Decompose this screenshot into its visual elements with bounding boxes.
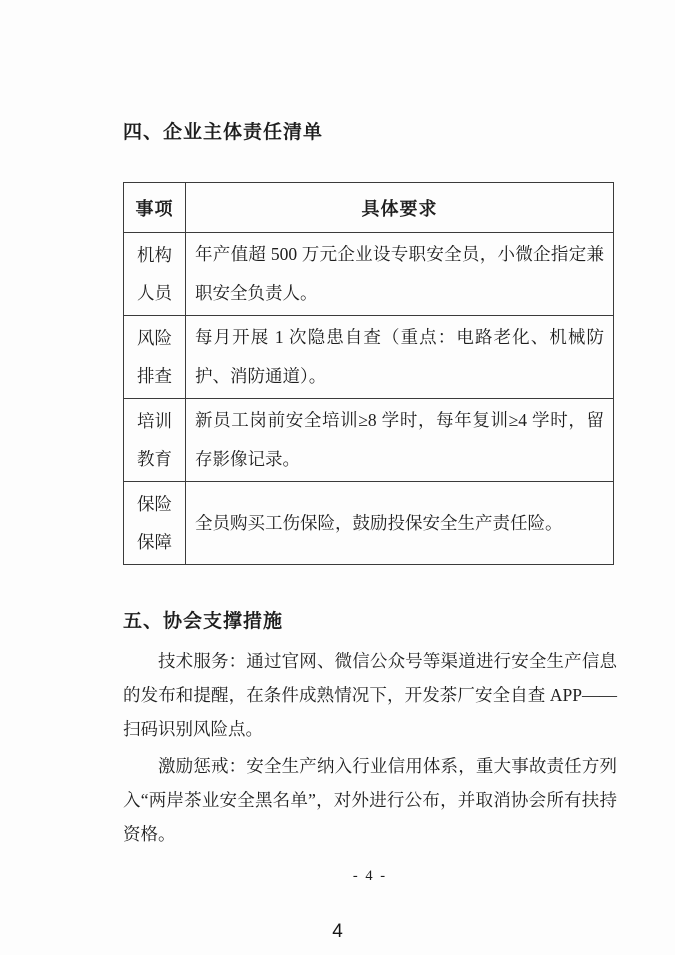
row-item-line: 人员: [124, 274, 185, 312]
viewer-page-number: 4: [0, 921, 675, 943]
row-item-label: 机构 人员: [124, 233, 186, 316]
table-header-item: 事项: [124, 183, 186, 233]
paragraph-technical-services: 技术服务：通过官网、微信公众号等渠道进行安全生产信息的发布和提醒，在条件成熟情况…: [123, 644, 617, 746]
table-header-row: 事项 具体要求: [124, 183, 614, 233]
row-item-label: 培训 教育: [124, 399, 186, 482]
document-content: 四、企业主体责任清单 事项 具体要求 机构 人员 年产值超 500 万元企业: [123, 122, 617, 851]
table-row: 机构 人员 年产值超 500 万元企业设专职安全员，小微企指定兼职安全负责人。: [124, 233, 614, 316]
row-item-label: 风险 排查: [124, 316, 186, 399]
document-page-number: - 4 -: [123, 868, 617, 885]
table-row: 风险 排查 每月开展 1 次隐患自查（重点：电路老化、机械防护、消防通道）。: [124, 316, 614, 399]
row-requirement: 全员购买工伤保险，鼓励投保安全生产责任险。: [186, 482, 614, 565]
row-item-line: 教育: [124, 440, 185, 478]
row-item-line: 风险: [124, 319, 185, 357]
document-page: 四、企业主体责任清单 事项 具体要求 机构 人员 年产值超 500 万元企业: [0, 0, 675, 955]
section4-heading: 四、企业主体责任清单: [123, 122, 617, 144]
row-item-line: 机构: [124, 236, 185, 274]
table-header-requirement: 具体要求: [186, 183, 614, 233]
paragraph-incentives-discipline: 激励惩戒：安全生产纳入行业信用体系，重大事故责任方列入“两岸茶业安全黑名单”，对…: [123, 749, 617, 851]
row-requirement: 每月开展 1 次隐患自查（重点：电路老化、机械防护、消防通道）。: [186, 316, 614, 399]
section5-heading: 五、协会支撑措施: [123, 611, 617, 633]
row-requirement: 年产值超 500 万元企业设专职安全员，小微企指定兼职安全负责人。: [186, 233, 614, 316]
row-requirement: 新员工岗前安全培训≥8 学时，每年复训≥4 学时，留存影像记录。: [186, 399, 614, 482]
row-item-label: 保险 保障: [124, 482, 186, 565]
table-row: 保险 保障 全员购买工伤保险，鼓励投保安全生产责任险。: [124, 482, 614, 565]
table-row: 培训 教育 新员工岗前安全培训≥8 学时，每年复训≥4 学时，留存影像记录。: [124, 399, 614, 482]
row-item-line: 排查: [124, 357, 185, 395]
row-item-line: 培训: [124, 402, 185, 440]
row-item-line: 保障: [124, 523, 185, 561]
row-item-line: 保险: [124, 485, 185, 523]
responsibility-table: 事项 具体要求 机构 人员 年产值超 500 万元企业设专职安全员，小微企指定兼…: [123, 182, 614, 565]
